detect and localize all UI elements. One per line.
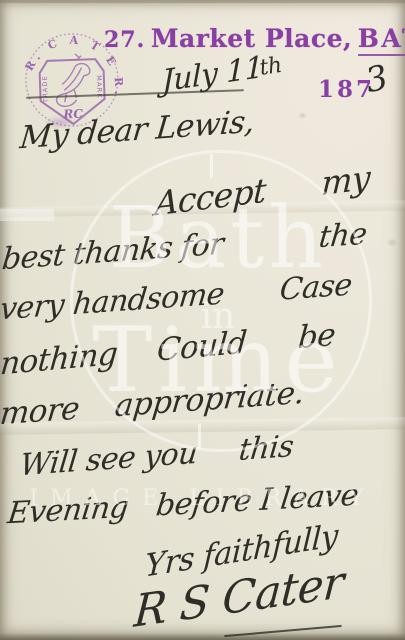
letter-line-6: Will see youthis [18,429,295,483]
paper-top-edge [0,0,405,3]
letterhead-street: Market Place, [151,24,352,53]
stamp-trade-label: TRADE [41,75,50,104]
letterhead-address: 27. Market Place, BATH. [104,24,405,53]
foxing-spot [298,112,307,119]
word: Will see you [18,436,199,484]
letter-line-1: Acceptmy [154,158,371,224]
word: best thanks for [0,227,225,278]
word: Case [278,267,354,307]
word: Evening [6,490,131,532]
foxing-spot [386,238,398,247]
paper-bottom-edge [0,633,405,640]
letter-photo: R. C A T E R. TRADE MARK RC 27. Market P… [0,0,405,640]
letter-line-5: moreappropriate. [0,375,306,433]
word: the [317,217,368,256]
letterhead-number: 27. [104,27,145,53]
word: Could [155,324,247,368]
letterhead-city: BATH. [358,24,405,56]
word: very handsome [0,276,226,327]
word: appropriate. [113,375,306,425]
word: this [237,429,295,468]
date-ordinal: th [258,53,283,81]
letter-line-4: nothingCouldbe [0,317,337,383]
word: my [320,158,371,204]
watermark-dash-left [0,209,54,221]
watermark-tick-top [210,154,213,178]
word: be [297,317,337,357]
letter-line-3: very handsomeCase [0,267,354,327]
word: Accept [154,170,267,223]
word: before I leave [154,478,360,524]
word: nothing [0,336,119,383]
word: more [0,390,81,432]
date-day: July 11 [162,50,263,100]
letter-line-2: best thanks forthe [0,217,368,278]
